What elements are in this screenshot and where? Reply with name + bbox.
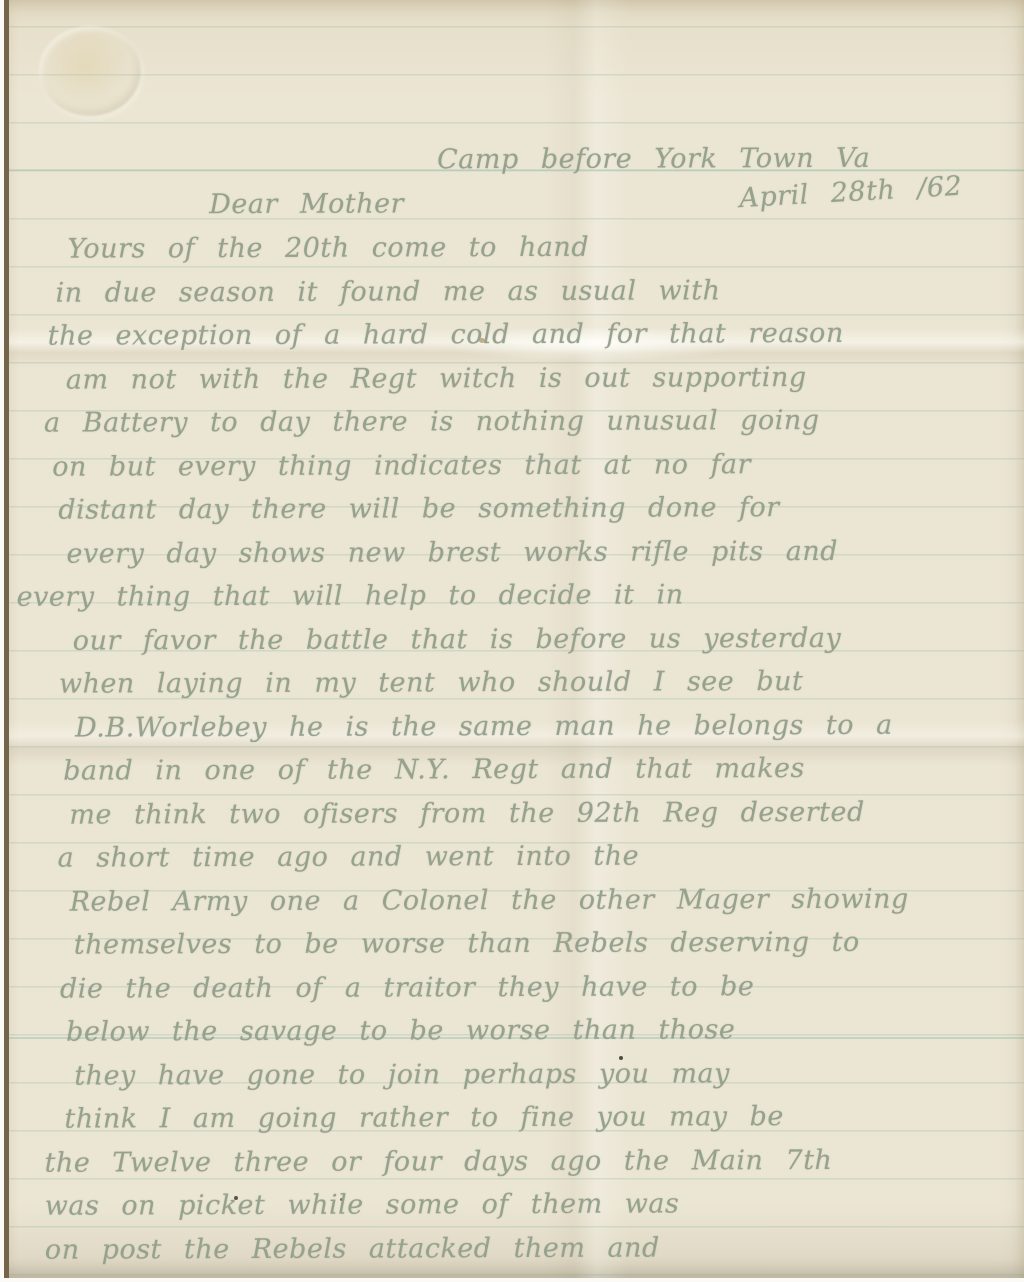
letter-line: band in one of the N.Y. Regt and that ma… (63, 746, 1000, 793)
letter-line: me think two ofisers from the 92th Reg d… (69, 790, 1000, 837)
letter-line: a Battery to day there is nothing unusua… (44, 398, 999, 445)
scanned-letter-page: Camp before York Town Va Dear Mother Apr… (0, 0, 1024, 1282)
letter-paper: Camp before York Town Va Dear Mother Apr… (4, 0, 1024, 1278)
letter-line: themselves to be worse than Rebels deser… (74, 920, 1001, 967)
embossed-seal (39, 26, 141, 116)
letter-line: a short time ago and went into the (57, 833, 1000, 880)
letter-line: when laying in my tent who should I see … (59, 659, 1000, 706)
letter-line: on post the Rebels attacked them and (45, 1225, 1002, 1272)
letter-line: Rebel Army one a Colonel the other Mager… (70, 877, 1001, 924)
letter-line: D.B.Worlebey he is the same man he belon… (75, 703, 1000, 750)
letter-line: die the death of a traitor they have to … (60, 964, 1001, 1011)
letter-line: am not with the Regt witch is out suppor… (66, 355, 999, 402)
letter-line: every thing that will help to decide it … (17, 572, 1000, 619)
letter-line: distant day there will be something done… (58, 485, 999, 532)
letter-line: think I am going rather to fine you may … (64, 1094, 1001, 1141)
letter-line: was on picket while some of them was (45, 1181, 1002, 1228)
letter-line: in due season it found me as usual with (55, 268, 998, 315)
letter-line: the Twelve three or four days ago the Ma… (45, 1138, 1002, 1185)
letter-line: the exception of a hard cold and for tha… (48, 311, 999, 358)
letter-line: Yours of the 20th come to hand (67, 224, 998, 271)
letter-line: they have gone to join perhaps you may (74, 1051, 1001, 1098)
letter-line: every day shows new brest works rifle pi… (66, 529, 999, 576)
letter-line: on but every thing indicates that at no … (52, 442, 999, 489)
letter-line: below the savage to be worse than those (66, 1007, 1001, 1054)
letter-content: Camp before York Town Va Dear Mother Apr… (41, 136, 1002, 1271)
letter-line: our favor the battle that is before us y… (73, 616, 1000, 663)
